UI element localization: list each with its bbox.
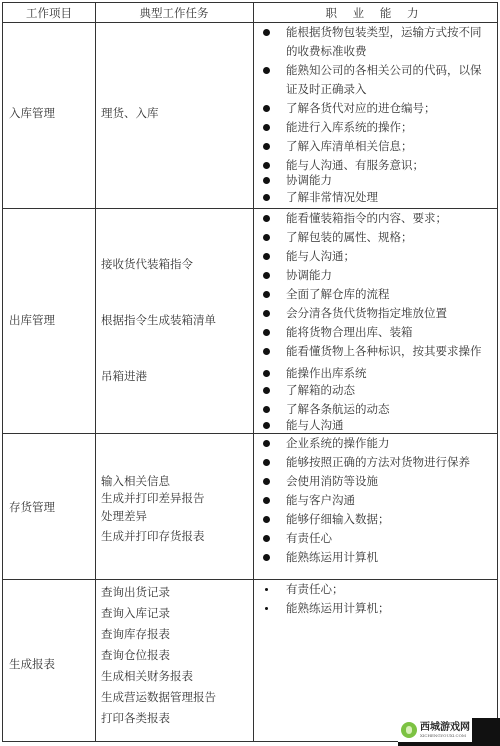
ability: 能与人沟通 (286, 416, 344, 435)
ability: 能将货物合理出库、装箱 (286, 323, 413, 342)
watermark-text: 西城游戏网 (420, 722, 470, 733)
task: 打印各类报表 (101, 710, 170, 726)
bullet-icon (263, 253, 270, 260)
bullet-icon (263, 143, 270, 150)
ability: 有责任心； (286, 580, 344, 599)
ability: 了解箱的动态 (286, 381, 355, 400)
task: 接收货代装箱指令 (101, 256, 193, 272)
ability: 能够按照正确的方法对货物进行保养 (286, 453, 470, 472)
task: 查询仓位报表 (101, 647, 170, 663)
bullet-icon (263, 105, 270, 112)
bullet-icon (263, 459, 270, 466)
task: 吊箱进港 (101, 368, 147, 384)
row-divider (3, 433, 497, 434)
task: 生成并打印存货报表 (101, 528, 205, 544)
row-divider (3, 579, 497, 580)
ability: 的收费标准收费 (286, 42, 367, 61)
header-work-item: 工作项目 (3, 5, 95, 21)
ability: 能与人沟通； (286, 247, 355, 266)
header-abilities: 职 业 能 力 (253, 5, 497, 21)
task: 处理差异 (101, 508, 147, 524)
bullet-icon (263, 516, 270, 523)
bullet-icon (263, 215, 270, 222)
bullet-icon (263, 406, 270, 413)
ability: 能够仔细输入数据； (286, 510, 390, 529)
work-item: 出库管理 (9, 312, 55, 328)
bullet-icon (263, 291, 270, 298)
bullet-icon (263, 535, 270, 542)
ability: 会分清各货代货物指定堆放位置 (286, 304, 447, 323)
bullet-icon (263, 272, 270, 279)
ability: 有责任心 (286, 529, 332, 548)
bullet-icon (263, 162, 270, 169)
bullet-icon (263, 67, 270, 74)
ability: 协调能力 (286, 266, 332, 285)
work-item: 入库管理 (9, 105, 55, 121)
ability: 了解各货代对应的进仓编号； (286, 99, 436, 118)
ability: 能熟知公司的各相关公司的代码，以保 (286, 61, 482, 80)
col-divider (95, 3, 96, 741)
bullet-icon (263, 124, 270, 131)
ability: 了解非常情况处理 (286, 188, 378, 207)
ability: 能熟练运用计算机 (286, 548, 378, 567)
ability: 能看懂货物上各种标识，按其要求操作 (286, 342, 482, 361)
ability: 了解包装的属性、规格； (286, 228, 413, 247)
ability: 能根据货物包装类型，运输方式按不同 (286, 23, 482, 42)
task: 根据指令生成装箱清单 (101, 312, 216, 328)
task: 查询入库记录 (101, 605, 170, 621)
bullet-icon (263, 387, 270, 394)
ability: 全面了解仓库的流程 (286, 285, 390, 304)
ability: 能与客户沟通 (286, 491, 355, 510)
task: 输入相关信息 (101, 473, 170, 489)
bullet-icon (265, 588, 268, 591)
job-ability-table: 工作项目 典型工作任务 职 业 能 力 入库管理 理货、入库 能根据货物包装类型… (2, 2, 498, 742)
bullet-icon (263, 329, 270, 336)
ability: 证及时正确录入 (286, 80, 367, 99)
task: 生成营运数据管理报告 (101, 689, 216, 705)
bullet-icon (263, 310, 270, 317)
bullet-icon (263, 554, 270, 561)
task: 理货、入库 (101, 105, 159, 121)
ability: 能熟练运用计算机； (286, 599, 390, 618)
header-typical-tasks: 典型工作任务 (95, 5, 253, 21)
bullet-icon (263, 478, 270, 485)
task: 查询库存报表 (101, 626, 170, 642)
watermark-subtext: XICHENGYOUXI.COM (420, 733, 470, 738)
bullet-icon (263, 29, 270, 36)
task: 生成并打印差异报告 (101, 490, 205, 506)
task: 查询出货记录 (101, 584, 170, 600)
work-item: 存货管理 (9, 499, 55, 515)
ability: 能看懂装箱指令的内容、要求； (286, 209, 447, 228)
task: 生成相关财务报表 (101, 668, 193, 684)
bullet-icon (263, 234, 270, 241)
bullet-icon (263, 348, 270, 355)
bullet-icon (263, 497, 270, 504)
bullet-icon (263, 440, 270, 447)
ability: 能进行入库系统的操作； (286, 118, 413, 137)
bullet-icon (263, 422, 270, 429)
leaf-logo-icon (401, 722, 417, 738)
col-divider (253, 3, 254, 741)
ability: 了解入库清单相关信息； (286, 137, 413, 156)
bullet-icon (263, 194, 270, 201)
work-item: 生成报表 (9, 656, 55, 672)
bullet-icon (265, 607, 268, 610)
ability: 会使用消防等设施 (286, 472, 378, 491)
bullet-icon (263, 177, 270, 184)
ability: 企业系统的操作能力 (286, 434, 390, 453)
bullet-icon (263, 370, 270, 377)
watermark: 西城游戏网 XICHENGYOUXI.COM (398, 718, 500, 746)
